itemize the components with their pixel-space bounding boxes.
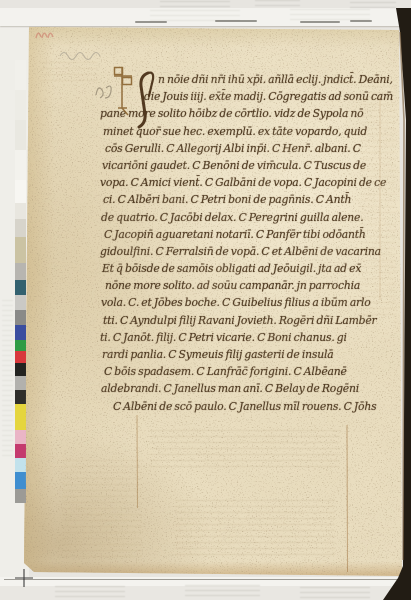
verso-bleed-text-1 (150, 430, 340, 470)
color-bar-segment (15, 237, 26, 263)
ruler-shadow-dash (215, 20, 257, 22)
color-bar-segment (15, 404, 26, 430)
manuscript-line: gidoulfini. C Ferralsin̄ de vopā. C et A… (100, 243, 368, 260)
manuscript-line: minet quor̄ sue hec. exemplū. ex tāte vo… (100, 123, 368, 140)
manuscript-line: de quatrio. C Jacōbi delax. C Peregrini … (100, 209, 368, 226)
manuscript-line: n nōie dñi nr̄i ihū xp̄i. añllā eclij. j… (100, 71, 368, 88)
ghost-text-top-1 (160, 1, 230, 9)
ruler-shadow-dash (350, 20, 372, 22)
ghost-text-bottom-1 (55, 586, 125, 598)
manuscript-line: nōne more solito. ad soūu campanār. jn p… (100, 277, 368, 294)
color-bar-segment (15, 430, 26, 444)
manuscript-line: C Jacopin̄ aguaretani notariī. C Panfēr … (100, 226, 368, 243)
manuscript-line: tti. C Ayndulpi filij Ravani Jovieth. Ro… (100, 312, 368, 329)
manuscript-text-block: n nōie dñi nr̄i ihū xp̄i. añllā eclij. j… (100, 71, 368, 415)
color-bar-segment (15, 295, 26, 310)
manuscript-photograph: { "document": { "kind": "medieval manusc… (0, 0, 411, 600)
ghost-text-bottom-3 (300, 587, 370, 598)
verso-bleed-upper-left (40, 62, 98, 86)
color-bar-segment (15, 458, 26, 472)
color-bar-segment (15, 340, 26, 351)
color-bar-segment (15, 351, 26, 363)
color-bar-segment (15, 120, 26, 150)
ghost-text-left-margin (2, 300, 13, 460)
color-bar-segment (15, 489, 26, 503)
ruler-shadow-dash (300, 21, 340, 23)
manuscript-line: cōs Gerulli. C Allegorij Albi inp̄i. C H… (100, 140, 368, 157)
manuscript-line: ci. C Albēri bani. C Petri boni de pagn̄… (100, 191, 368, 208)
color-bar-segment (15, 219, 26, 237)
manuscript-line: C bōis spadasem. C Lanfrāc̄ forigini. C … (100, 363, 368, 380)
manuscript-line: ti. C Janōt. filij. C Petri vicarie. C B… (100, 329, 368, 346)
color-calibration-bar (15, 60, 26, 503)
color-bar-segment (15, 363, 26, 376)
verso-bleed-text-2 (175, 500, 335, 555)
color-bar-segment (15, 390, 26, 404)
color-bar-segment (15, 325, 26, 340)
color-bar-segment (15, 444, 26, 458)
manuscript-line: die Jouis iiij. ex̄t̄e madij. Cōgregatis… (100, 88, 368, 105)
color-bar-segment (15, 376, 26, 390)
manuscript-line: aldebrandi. C Janellus man anī. C Belay … (100, 380, 368, 397)
color-bar-segment (15, 280, 26, 295)
manuscript-line: vicariōni gaudet. C Benōni de vim̄cula. … (100, 157, 368, 174)
manuscript-line: vopa. C Amici vient̄. C Galbāni de vopa.… (100, 174, 368, 191)
manuscript-line: pane more solito hōibz de cōrtlio. vidz … (100, 105, 368, 122)
ruler-shadow-dash (135, 21, 167, 23)
color-bar-segment (15, 310, 26, 325)
ghost-text-bottom-2 (185, 585, 260, 598)
color-bar-segment (15, 263, 26, 280)
color-bar-segment (15, 472, 26, 489)
manuscript-line: vola. C. et Jōbes boche. C Guibelius fil… (100, 294, 368, 311)
color-bar-segment (15, 60, 26, 90)
color-bar-segment (15, 180, 26, 203)
mount-edge-line (4, 579, 404, 580)
color-bar-segment (15, 150, 26, 180)
manuscript-line: C Albēni de scō paulo. C Janellus mīl ro… (100, 398, 368, 415)
color-bar-segment (15, 90, 26, 120)
manuscript-line: Et q̄ bōisde de samōis obligati ad Jeōui… (100, 260, 368, 277)
verso-bleed-text-3 (62, 460, 142, 560)
manuscript-line: rardi panlia. C Symeuis filij gasterii d… (100, 346, 368, 363)
color-bar-segment (15, 203, 26, 219)
